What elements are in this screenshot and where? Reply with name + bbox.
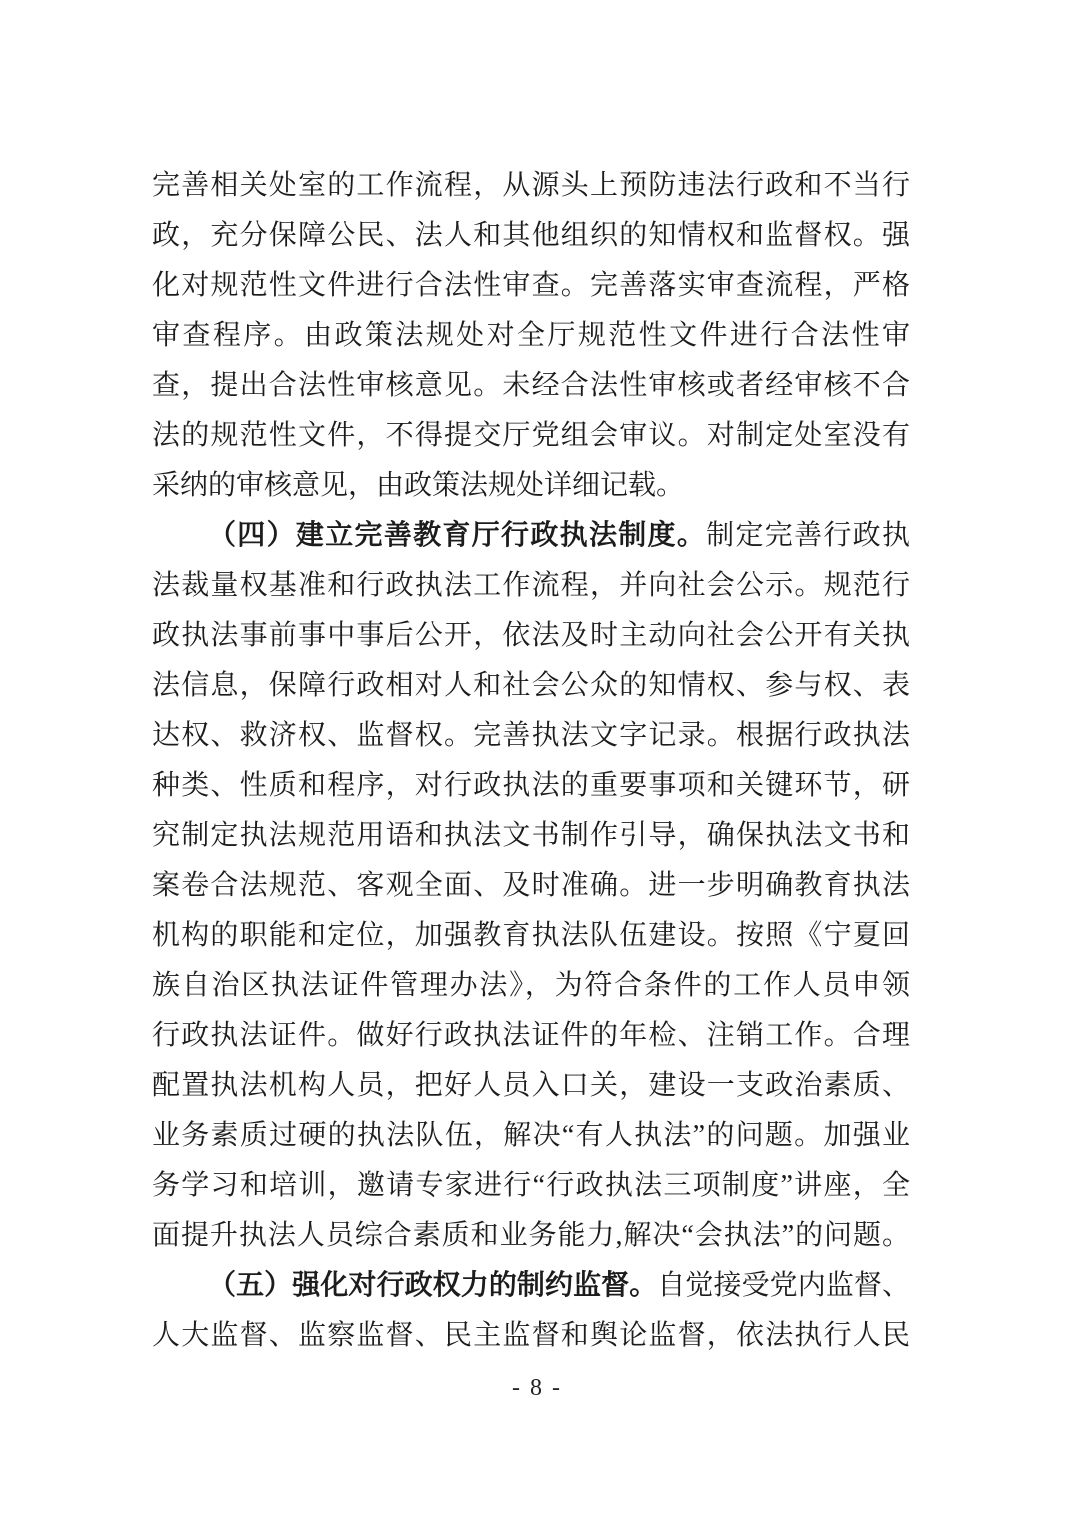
text-line: 业务素质过硬的执法队伍，解决“有人执法”的问题。加强业 — [152, 1111, 910, 1161]
document-page: 完善相关处室的工作流程，从源头上预防违法行政和不当行 政，充分保障公民、法人和其… — [0, 0, 1074, 1520]
section-heading-4: （四）建立完善教育厅行政执法制度。 — [208, 520, 706, 551]
page-number: - 8 - — [0, 1372, 1074, 1404]
text-line: 案卷合法规范、客观全面、及时准确。进一步明确教育执法 — [152, 861, 910, 911]
text-line: 法裁量权基准和行政执法工作流程，并向社会公示。规范行 — [152, 561, 910, 611]
text-line: 政执法事前事中事后公开，依法及时主动向社会公开有关执 — [152, 611, 910, 661]
text-line: 查，提出合法性审核意见。未经合法性审核或者经审核不合 — [152, 361, 910, 411]
text-line: 配置执法机构人员，把好人员入口关，建设一支政治素质、 — [152, 1061, 910, 1111]
text-line: 族自治区执法证件管理办法》，为符合条件的工作人员申领 — [152, 961, 910, 1011]
document-body: 完善相关处室的工作流程，从源头上预防违法行政和不当行 政，充分保障公民、法人和其… — [152, 161, 910, 1361]
text-line: 达权、救济权、监督权。完善执法文字记录。根据行政执法 — [152, 711, 910, 761]
text-line: 审查程序。由政策法规处对全厅规范性文件进行合法性审 — [152, 311, 910, 361]
text-line: 政，充分保障公民、法人和其他组织的知情权和监督权。强 — [152, 211, 910, 261]
text-line: 务学习和培训，邀请专家进行“行政执法三项制度”讲座，全 — [152, 1161, 910, 1211]
text-line: （四）建立完善教育厅行政执法制度。制定完善行政执 — [152, 511, 910, 561]
text-line: 法信息，保障行政相对人和社会公众的知情权、参与权、表 — [152, 661, 910, 711]
text-line: 化对规范性文件进行合法性审查。完善落实审查流程，严格 — [152, 261, 910, 311]
text-line: 究制定执法规范用语和执法文书制作引导，确保执法文书和 — [152, 811, 910, 861]
section-heading-5: （五）强化对行政权力的制约监督。 — [208, 1270, 657, 1301]
text-line: 面提升执法人员综合素质和业务能力,解决“会执法”的问题。 — [152, 1211, 910, 1261]
text-line: 人大监督、监察监督、民主监督和舆论监督，依法执行人民 — [152, 1311, 910, 1361]
text-line: 种类、性质和程序，对行政执法的重要事项和关键环节，研 — [152, 761, 910, 811]
text-line: （五）强化对行政权力的制约监督。自觉接受党内监督、 — [152, 1261, 910, 1311]
text-line: 法的规范性文件，不得提交厅党组会审议。对制定处室没有 — [152, 411, 910, 461]
text-line: 完善相关处室的工作流程，从源头上预防违法行政和不当行 — [152, 161, 910, 211]
text-line: 行政执法证件。做好行政执法证件的年检、注销工作。合理 — [152, 1011, 910, 1061]
text-line: 采纳的审核意见，由政策法规处详细记载。 — [152, 461, 910, 511]
text-line: 机构的职能和定位，加强教育执法队伍建设。按照《宁夏回 — [152, 911, 910, 961]
